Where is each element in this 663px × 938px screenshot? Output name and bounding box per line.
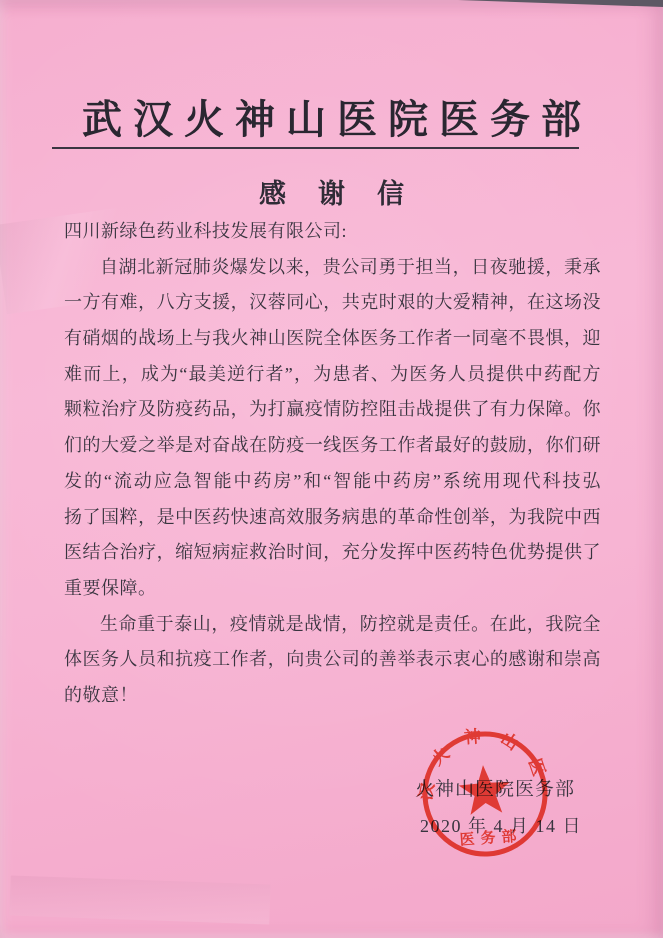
title-underline xyxy=(52,147,579,149)
body-line: 的敬意！ xyxy=(64,678,601,714)
body-line: 体医务人员和抗疫工作者，向贵公司的善举表示衷心的感谢和崇高 xyxy=(64,642,601,678)
body-line: 有硝烟的战场上与我火神山医院全体医务工作者一同毫不畏惧，迎 xyxy=(64,321,601,357)
body-line: 医结合治疗，缩短病症救治时间，充分发挥中医药特色优势提供了 xyxy=(64,535,601,571)
body-line: 生命重于泰山，疫情就是战情，防控就是责任。在此，我院全 xyxy=(64,607,601,643)
letter-subject: 感谢信 xyxy=(0,172,663,211)
letter-header-title: 武汉火神山医院医务部 xyxy=(0,88,663,145)
paper-crease xyxy=(9,875,270,924)
body-line: 发的“流动应急智能中药房”和“智能中药房”系统用现代科技弘 xyxy=(64,464,601,500)
body-line: 扬了国粹，是中医药快速高效服务病患的革命性创举，为我院中西 xyxy=(64,500,601,536)
body-line: 自湖北新冠肺炎爆发以来，贵公司勇于担当，日夜驰援，秉承 xyxy=(64,250,601,286)
body-line: 难而上，成为“最美逆行者”，为患者、为医务人员提供中药配方 xyxy=(64,357,601,393)
body-line: 们的大爱之举是对奋战在防疫一线医务工作者最好的鼓励，你们研 xyxy=(64,428,601,464)
body-line: 一方有难，八方支援，汉蓉同心，共克时艰的大爱精神，在这场没 xyxy=(64,285,601,321)
star-icon xyxy=(457,763,512,815)
salutation: 四川新绿色药业科技发展有限公司: xyxy=(64,214,601,250)
scan-edge-artifact xyxy=(458,0,663,7)
letter-body: 四川新绿色药业科技发展有限公司: 自湖北新冠肺炎爆发以来，贵公司勇于担当，日夜驰… xyxy=(64,214,601,714)
body-line: 重要保障。 xyxy=(64,571,601,607)
body-line: 颗粒治疗及防疫药品，为打赢疫情防控阻击战提供了有力保障。你 xyxy=(64,392,601,428)
letter-page: 武汉火神山医院医务部 感谢信 四川新绿色药业科技发展有限公司: 自湖北新冠肺炎爆… xyxy=(0,0,663,938)
official-seal: 武汉火神山医院 医务部 xyxy=(405,714,565,874)
